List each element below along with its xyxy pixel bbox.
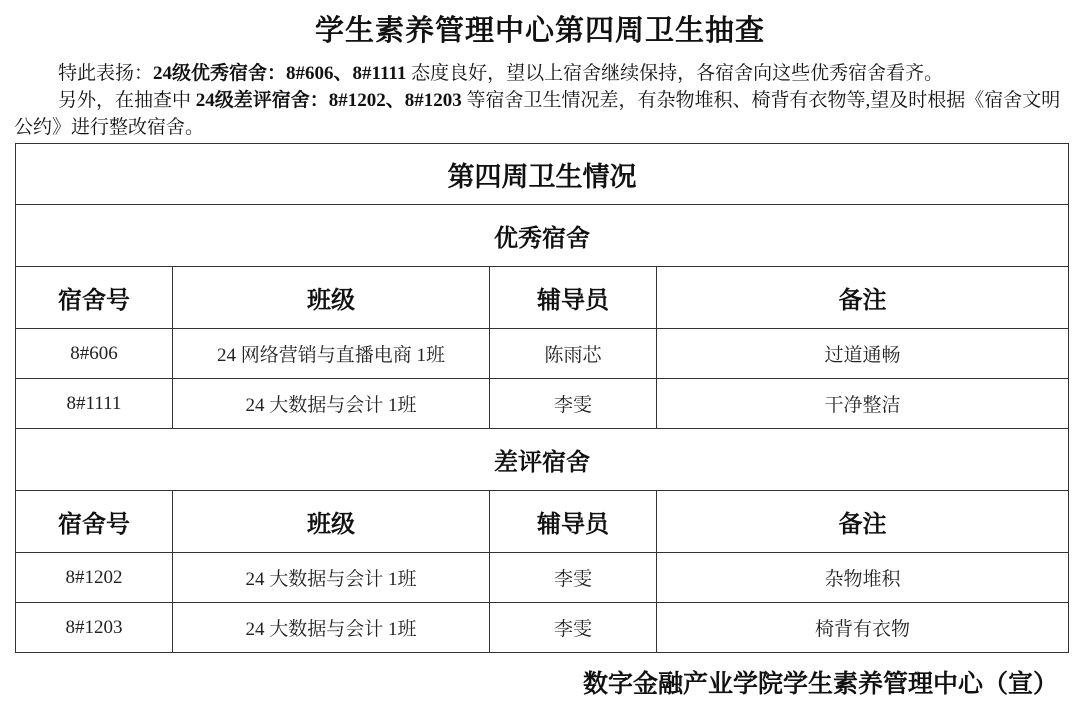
cell-dorm-number: 8#1202 — [16, 553, 173, 603]
cell-counselor: 李雯 — [490, 379, 657, 429]
cell-remarks: 椅背有衣物 — [657, 603, 1069, 653]
issuer-signature: 数字金融产业学院学生素养管理中心（宣） — [583, 664, 1058, 700]
table-header-row: 宿舍号 班级 辅导员 备注 — [16, 267, 1069, 329]
cell-counselor: 李雯 — [490, 603, 657, 653]
cell-remarks: 过道通畅 — [657, 329, 1069, 379]
table-row: 8#1111 24 大数据与会计 1班 李雯 干净整洁 — [16, 379, 1069, 429]
header-counselor: 辅导员 — [490, 267, 657, 329]
header-counselor: 辅导员 — [490, 491, 657, 553]
document-title: 学生素养管理中心第四周卫生抽查 — [0, 8, 1080, 49]
poor-dorms-highlight: 24级差评宿舍：8#1202、8#1203 — [196, 90, 462, 111]
cell-dorm-number: 8#1203 — [16, 603, 173, 653]
cell-class: 24 大数据与会计 1班 — [173, 603, 490, 653]
cell-class: 24 网络营销与直播电商 1班 — [173, 329, 490, 379]
cell-counselor: 陈雨芯 — [490, 329, 657, 379]
table-title: 第四周卫生情况 — [16, 144, 1069, 205]
commendation-suffix: 态度良好，望以上宿舍继续保持，各宿舍向这些优秀宿舍看齐。 — [406, 63, 943, 84]
header-remarks: 备注 — [657, 491, 1069, 553]
commendation-prefix: 特此表扬： — [58, 63, 153, 84]
cell-class: 24 大数据与会计 1班 — [173, 379, 490, 429]
header-class: 班级 — [173, 491, 490, 553]
cell-class: 24 大数据与会计 1班 — [173, 553, 490, 603]
header-remarks: 备注 — [657, 267, 1069, 329]
section-poor-title: 差评宿舍 — [16, 429, 1069, 491]
header-dorm-number: 宿舍号 — [16, 491, 173, 553]
header-dorm-number: 宿舍号 — [16, 267, 173, 329]
excellent-dorms-highlight: 24级优秀宿舍：8#606、8#1111 — [153, 63, 406, 84]
table-row: 8#606 24 网络营销与直播电商 1班 陈雨芯 过道通畅 — [16, 329, 1069, 379]
table-row: 8#1203 24 大数据与会计 1班 李雯 椅背有衣物 — [16, 603, 1069, 653]
cell-counselor: 李雯 — [490, 553, 657, 603]
hygiene-table: 第四周卫生情况 优秀宿舍 宿舍号 班级 辅导员 备注 8#606 24 网络营销… — [15, 143, 1069, 653]
cell-remarks: 杂物堆积 — [657, 553, 1069, 603]
section-excellent-title: 优秀宿舍 — [16, 205, 1069, 267]
cell-remarks: 干净整洁 — [657, 379, 1069, 429]
criticism-paragraph: 另外，在抽查中 24级差评宿舍：8#1202、8#1203 等宿舍卫生情况差，有… — [14, 87, 1072, 141]
table-header-row: 宿舍号 班级 辅导员 备注 — [16, 491, 1069, 553]
cell-dorm-number: 8#606 — [16, 329, 173, 379]
header-class: 班级 — [173, 267, 490, 329]
table-row: 8#1202 24 大数据与会计 1班 李雯 杂物堆积 — [16, 553, 1069, 603]
criticism-prefix: 另外，在抽查中 — [58, 90, 196, 111]
commendation-paragraph: 特此表扬：24级优秀宿舍：8#606、8#1111 态度良好，望以上宿舍继续保持… — [14, 60, 1072, 87]
cell-dorm-number: 8#1111 — [16, 379, 173, 429]
